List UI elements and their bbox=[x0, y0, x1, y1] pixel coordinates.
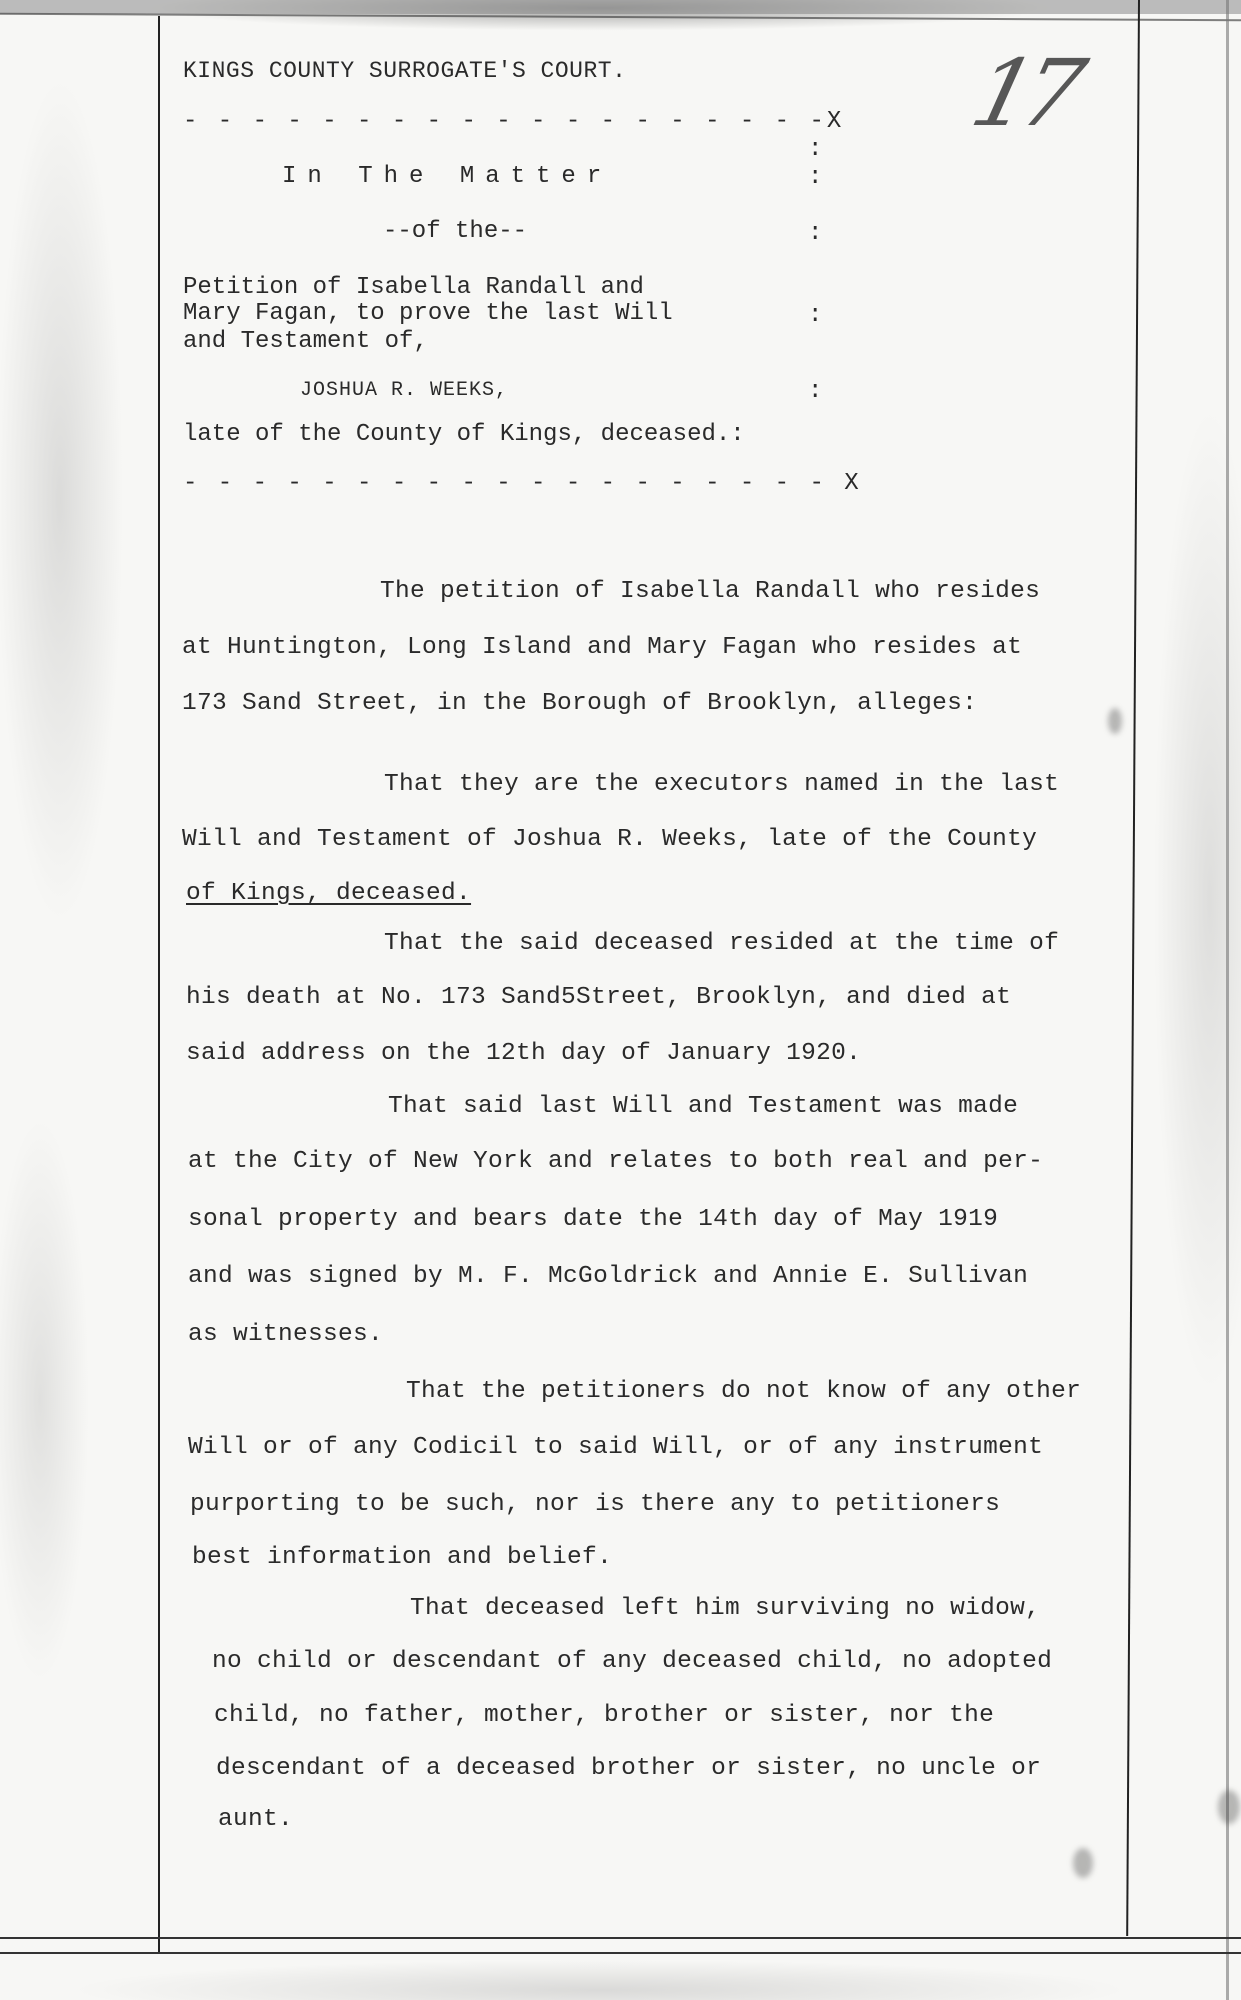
court-heading: KINGS COUNTY SURROGATE'S COURT. bbox=[183, 60, 626, 83]
caption-in-the-matter: In The Matter bbox=[282, 165, 612, 189]
paragraph-6-line-4: descendant of a deceased brother or sist… bbox=[216, 1757, 1041, 1782]
caption-of-the: --of the-- bbox=[383, 220, 527, 244]
paragraph-5-line-2: Will or of any Codicil to said Will, or … bbox=[188, 1436, 1043, 1461]
paragraph-6-line-1: That deceased left him surviving no wido… bbox=[410, 1597, 1040, 1622]
caption-decedent-name: JOSHUA R. WEEKS, bbox=[300, 381, 508, 401]
ink-smudge bbox=[1073, 1848, 1093, 1878]
paragraph-3-line-1: That the said deceased resided at the ti… bbox=[384, 932, 1059, 957]
page-edge-right bbox=[1226, 0, 1229, 2000]
caption-colon: : bbox=[808, 302, 822, 329]
caption-bottom-rule: - - - - - - - - - - - - - - - - - - - X bbox=[183, 472, 862, 496]
paragraph-1-line-3: 173 Sand Street, in the Borough of Brook… bbox=[182, 692, 977, 717]
caption-petition-line-1: Petition of Isabella Randall and bbox=[183, 276, 644, 300]
paragraph-6-line-2: no child or descendant of any deceased c… bbox=[212, 1650, 1052, 1675]
caption-colon: : bbox=[808, 164, 822, 191]
paragraph-3-line-3: said address on the 12th day of January … bbox=[186, 1042, 861, 1067]
caption-petition-line-2: Mary Fagan, to prove the last Will bbox=[183, 302, 673, 326]
ink-smudge bbox=[1218, 1790, 1240, 1824]
caption-late-of: late of the County of Kings, deceased.: bbox=[183, 423, 745, 447]
document-page: 17 KINGS COUNTY SURROGATE'S COURT. - - -… bbox=[0, 0, 1241, 2000]
paragraph-1-line-1: The petition of Isabella Randall who res… bbox=[380, 580, 1040, 605]
page-fold-line bbox=[0, 13, 1241, 21]
paragraph-4-line-2: at the City of New York and relates to b… bbox=[188, 1150, 1043, 1175]
paragraph-5-line-3: purporting to be such, nor is there any … bbox=[190, 1493, 1000, 1518]
caption-colon: : bbox=[808, 378, 822, 405]
caption-colon: : bbox=[808, 220, 822, 247]
right-margin-rule bbox=[1126, 0, 1140, 1936]
bottom-rule bbox=[0, 1937, 1241, 1939]
paragraph-5-line-1: That the petitioners do not know of any … bbox=[406, 1380, 1081, 1405]
paragraph-2-line-1: That they are the executors named in the… bbox=[384, 773, 1059, 798]
caption-top-rule: - - - - - - - - - - - - - - - - - - -X bbox=[183, 110, 844, 134]
caption-petition-line-3: and Testament of, bbox=[183, 330, 428, 354]
paragraph-4-line-3: sonal property and bears date the 14th d… bbox=[188, 1208, 998, 1233]
caption-colon: : bbox=[808, 136, 822, 163]
paragraph-3-line-2: his death at No. 173 Sand5Street, Brookl… bbox=[186, 986, 1011, 1011]
paragraph-4-line-1: That said last Will and Testament was ma… bbox=[388, 1095, 1018, 1120]
paragraph-5-line-4: best information and belief. bbox=[192, 1546, 612, 1571]
left-margin-rule bbox=[158, 16, 160, 1952]
ink-smudge bbox=[1108, 708, 1122, 734]
paragraph-4-line-5: as witnesses. bbox=[188, 1323, 383, 1348]
page-top-edge bbox=[0, 0, 1241, 14]
paragraph-2-line-3: of Kings, deceased. bbox=[186, 882, 471, 907]
bottom-rule-double bbox=[0, 1952, 1241, 1954]
paragraph-2-line-2: Will and Testament of Joshua R. Weeks, l… bbox=[182, 828, 1037, 853]
paragraph-4-line-4: and was signed by M. F. McGoldrick and A… bbox=[188, 1265, 1028, 1290]
paragraph-1-line-2: at Huntington, Long Island and Mary Faga… bbox=[182, 636, 1022, 661]
paragraph-6-line-3: child, no father, mother, brother or sis… bbox=[214, 1704, 994, 1729]
handwritten-page-number: 17 bbox=[962, 40, 1086, 147]
paragraph-6-line-5: aunt. bbox=[218, 1808, 293, 1833]
